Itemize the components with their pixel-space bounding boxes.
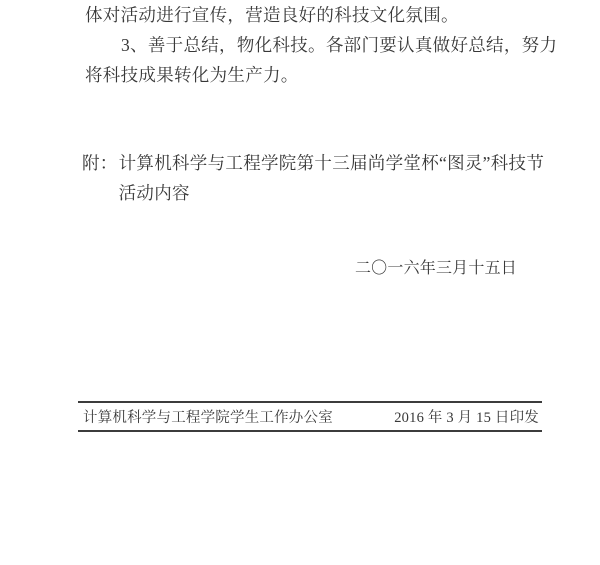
document-page: 体对活动进行宣传，营造良好的科技文化氛围。 3、善于总结，物化科技。各部门要认真…: [0, 0, 600, 565]
attachment-title: 计算机科学与工程学院第十三届尚学堂杯“图灵”科技节 活动内容: [119, 148, 545, 208]
issuing-office-label: 计算机科学与工程学院学生工作办公室: [83, 406, 333, 427]
body-line-3: 将科技成果转化为生产力。: [85, 60, 551, 90]
body-line-1: 体对活动进行宣传，营造良好的科技文化氛围。: [85, 0, 551, 30]
attachment-note: 附： 计算机科学与工程学院第十三届尚学堂杯“图灵”科技节 活动内容: [82, 148, 544, 208]
attachment-title-line-1: 计算机科学与工程学院第十三届尚学堂杯“图灵”科技节: [119, 148, 545, 178]
attachment-title-line-2: 活动内容: [119, 178, 545, 208]
attachment-label: 附：: [82, 148, 118, 208]
print-date-label: 2016 年 3 月 15 日印发: [394, 406, 539, 427]
footer-bar: 计算机科学与工程学院学生工作办公室 2016 年 3 月 15 日印发: [78, 401, 542, 432]
paragraph-block: 体对活动进行宣传，营造良好的科技文化氛围。 3、善于总结，物化科技。各部门要认真…: [85, 0, 551, 90]
signature-date: 二〇一六年三月十五日: [355, 254, 517, 284]
body-line-2: 3、善于总结，物化科技。各部门要认真做好总结，努力: [85, 30, 551, 60]
